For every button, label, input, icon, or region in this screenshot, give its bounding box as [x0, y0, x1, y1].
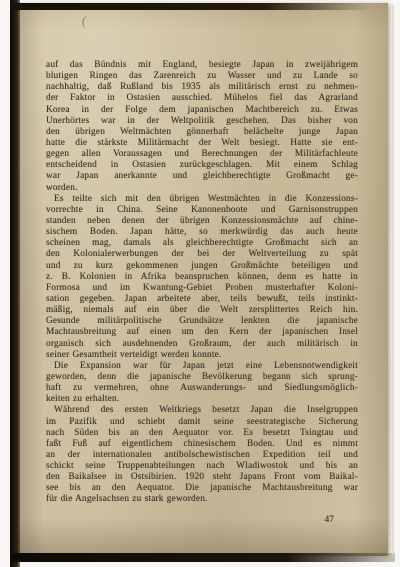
text-line: scheinen mag, damals als gleichberechtig… [46, 238, 358, 249]
paragraph: Es teilte sich mit den übrigen Westmächt… [46, 194, 358, 361]
text-line: sischem Boden. Japan hätte, so merkwürdi… [46, 227, 358, 238]
text-line: den Kolonialerwerbungen der bei der Welt… [46, 249, 358, 260]
text-line: Korea in der Folge dem japanischen Macht… [46, 105, 358, 116]
text-line: haft zu vermehren, ohne Auswanderungs- u… [46, 383, 358, 394]
text-line: seiner Gesamtheit verteidigt werden konn… [46, 350, 358, 361]
text-line: nach Süden bis an den Aequator vor. Es b… [46, 428, 358, 439]
text-line: für die Angelsachsen zu stark geworden. [46, 494, 358, 505]
book-page: ( auf das Bündnis mit England, besiegte … [10, 3, 388, 556]
text-line: hatte die stärkste Militärmacht der Welt… [46, 138, 358, 149]
text-line: Während des ersten Weltkriegs besetzt Ja… [46, 405, 358, 416]
text-line: standen neben denen der übrigen Konzessi… [46, 216, 358, 227]
paragraph: Die Expansion war für Japan jetzt eine L… [46, 361, 358, 406]
paragraph: auf das Bündnis mit England, besiegte Ja… [46, 60, 358, 194]
text-line: vorrechte in China. Seine Kanonenboote u… [46, 205, 358, 216]
text-line: war Japan anerkannte und gleichberechtig… [46, 171, 358, 182]
page-number: 47 [325, 515, 335, 525]
text-line: organisch sich ausdehnenden Großraum, de… [46, 339, 358, 350]
text-line: auf das Bündnis mit England, besiegte Ja… [46, 60, 358, 71]
text-line: den Baikalsee in Ostsibirien. 1920 steht… [46, 472, 358, 483]
text-line: see bis an den Aequator. Die japanische … [46, 483, 358, 494]
text-line: keiten zu erhalten. [46, 394, 358, 405]
page-edge-line [392, 5, 394, 555]
binding-shadow-left [10, 0, 20, 567]
paragraph: Während des ersten Weltkriegs besetzt Ja… [46, 405, 358, 505]
text-line: geworden, denn die japanische Bevölkerun… [46, 372, 358, 383]
text-line: Machtausbreitung auf einen um den Kern d… [46, 327, 358, 338]
text-line: der Faktor in Ostasien ausschied. Mühelo… [46, 93, 358, 104]
text-line: Formosa und im Kwantung-Gebiet Proben mu… [46, 283, 358, 294]
book-scan: ( auf das Bündnis mit England, besiegte … [0, 0, 400, 567]
text-line: Gesunde militärpolitische Grundsätze len… [46, 316, 358, 327]
text-line: schickt seine Truppenabteilungen nach Wl… [46, 461, 358, 472]
text-line: den übrigen Weltmächten gönnerhaft beläc… [46, 127, 358, 138]
text-line: worden. [46, 183, 358, 194]
text-line: sation gegeben. Japan arbeitete aber, te… [46, 294, 358, 305]
binding-shadow-bottom [10, 553, 395, 562]
text-line: faßt Fuß auf eigentlichem chinesischem B… [46, 439, 358, 450]
text-line: Es teilte sich mit den übrigen Westmächt… [46, 194, 358, 205]
text-block: auf das Bündnis mit England, besiegte Ja… [46, 60, 358, 506]
text-line: an der internationalen antibolschewistis… [46, 450, 358, 461]
text-line: im Pazifik und schiebt damit seine seest… [46, 417, 358, 428]
text-line: blutigen Ringen das Zarenreich zu Wasser… [46, 71, 358, 82]
text-line: Unerhörtes war in der Weltpolitik gesche… [46, 116, 358, 127]
binding-shadow-top [10, 3, 372, 10]
text-line: Die Expansion war für Japan jetzt eine L… [46, 361, 358, 372]
text-line: und zu kurz gekommenen jungen Großmächte… [46, 261, 358, 272]
text-line: gegen allen Voraussagen und Berechnungen… [46, 149, 358, 160]
text-line: mäßig, niemals auf ein über die Welt zer… [46, 305, 358, 316]
text-line: nachhaltig, daß Rußland bis 1935 als mil… [46, 82, 358, 93]
text-line: entscheidend in Ostasien zurückgeschlage… [46, 160, 358, 171]
stray-pen-mark: ( [81, 13, 88, 29]
text-line: z. B. Kolonien in Afrika beanspruchen kö… [46, 272, 358, 283]
